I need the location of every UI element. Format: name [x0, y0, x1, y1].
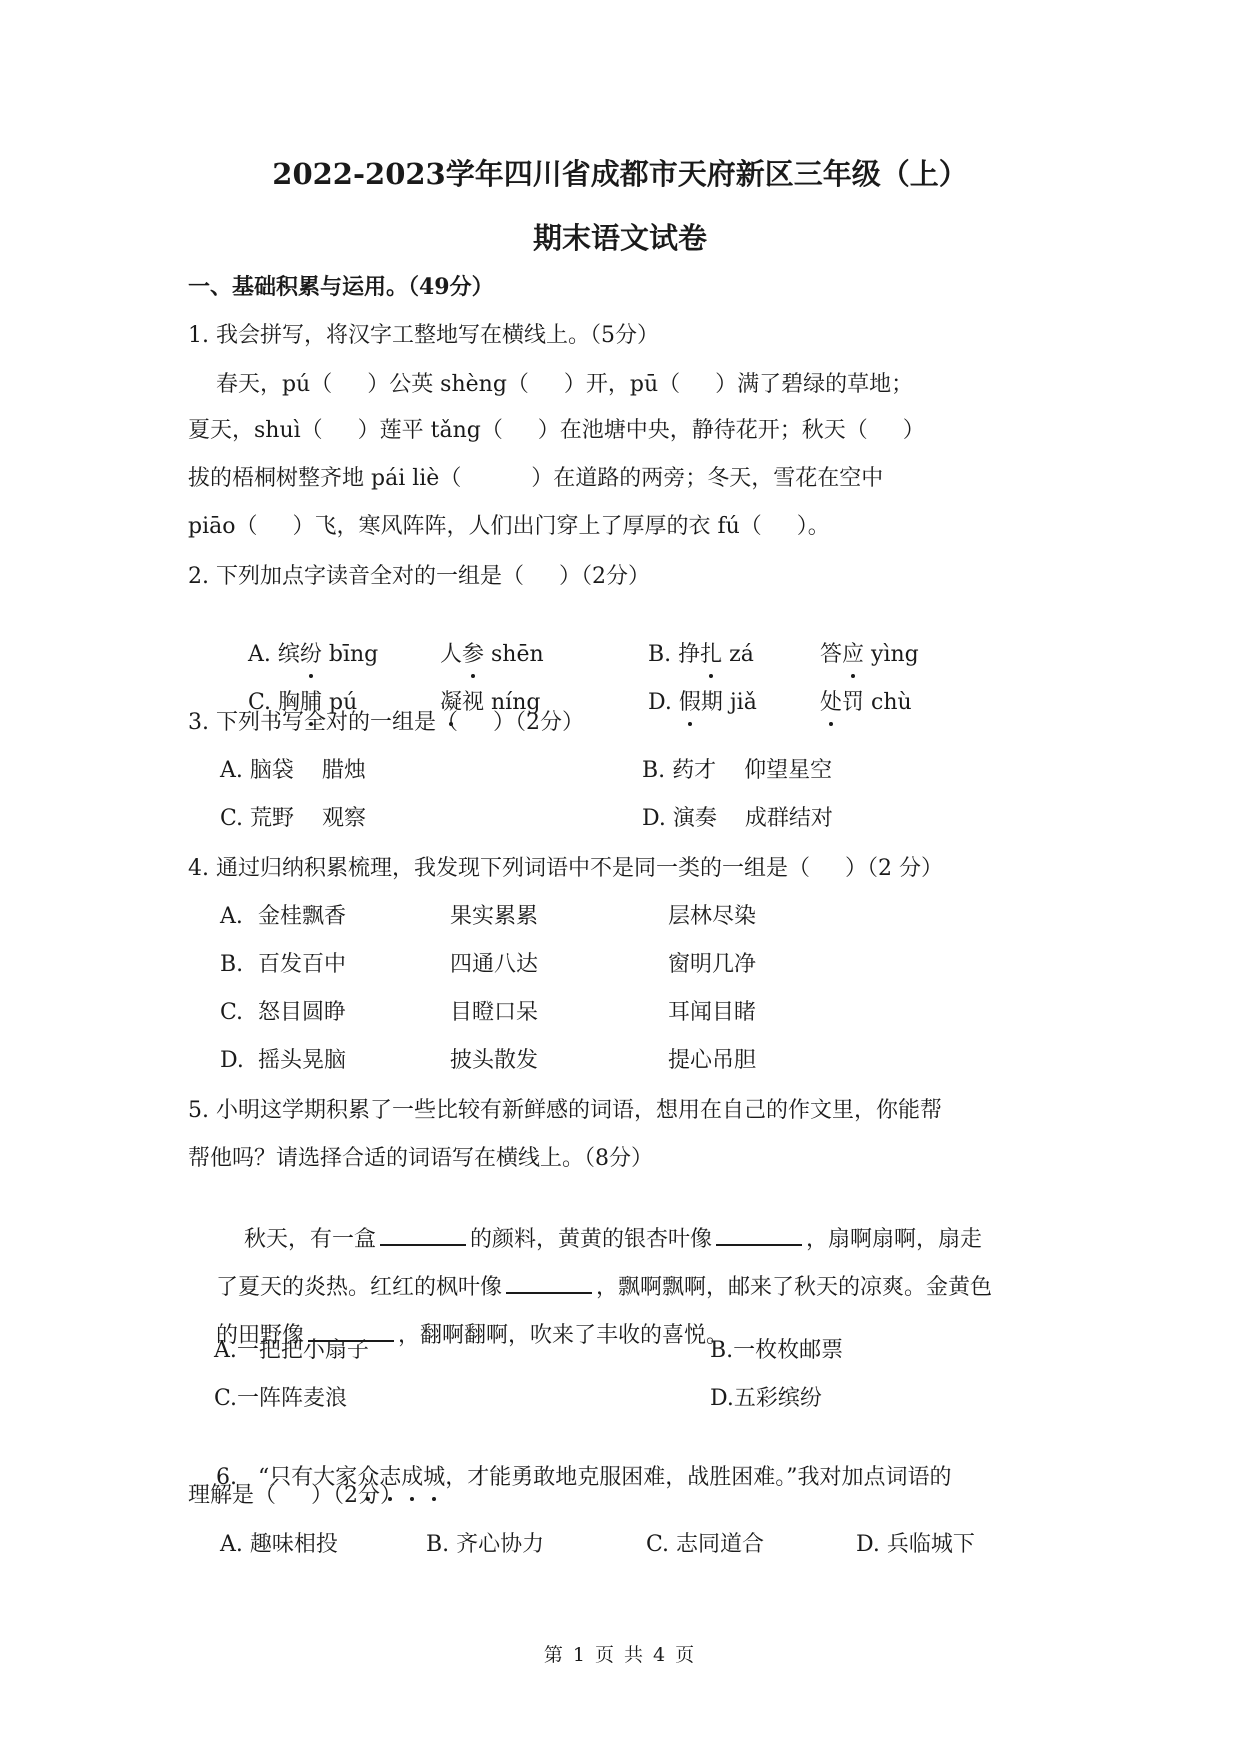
q6-option-c: C. 志同道合: [646, 1530, 764, 1560]
q4-option-b-label: B.: [220, 950, 250, 980]
q5-option-d: D.五彩缤纷: [710, 1384, 822, 1414]
q5-passage-line3: 的田野像，翻啊翻啊，吹来了丰收的喜悦。: [188, 1288, 728, 1381]
q1-stem: 1. 我会拼写，将汉字工整地写在横线上。（5分）: [188, 321, 659, 351]
q4-option-c-label: C.: [220, 998, 250, 1028]
q4-option-c-word3: 耳闻目睹: [668, 998, 756, 1028]
q5-option-b: B.一枚枚邮票: [710, 1336, 843, 1366]
q4-stem: 4. 通过归纳积累梳理，我发现下列词语中不是同一类的一组是（ ）（2 分）: [188, 854, 943, 884]
q3-option-c: C. 荒野 观察: [220, 804, 366, 834]
q4-option-c-word2: 目瞪口呆: [450, 998, 538, 1028]
q5-option-c: C.一阵阵麦浪: [214, 1384, 347, 1414]
dotted-char: 城: [423, 1463, 445, 1493]
dotted-char: 成: [401, 1463, 423, 1493]
dotted-char: 假: [679, 688, 701, 718]
q3-option-b: B. 药才 仰望星空: [642, 756, 832, 786]
q3-option-d: D. 演奏 成群结对: [642, 804, 833, 834]
q1-line-4: piāo（ ）飞，寒风阵阵，人们出门穿上了厚厚的衣 fú（ ）。: [188, 512, 830, 542]
q4-option-a-word1: 金桂飘香: [258, 902, 346, 932]
exam-title-line1: 2022-2023学年四川省成都市天府新区三年级（上）: [0, 152, 1240, 193]
q5-stem-line2: 帮他吗？请选择合适的词语写在横线上。（8分）: [188, 1144, 653, 1174]
q3-option-a: A. 脑袋 腊烛: [220, 756, 366, 786]
q4-option-c-word1: 怒目圆睁: [258, 998, 346, 1028]
q4-option-d-word3: 提心吊胆: [668, 1046, 756, 1076]
q4-option-d-label: D.: [220, 1046, 251, 1076]
q2-option-d-word2: 处罚 chù: [792, 658, 912, 748]
q4-option-d-word2: 披头散发: [450, 1046, 538, 1076]
page-number: 第 1 页 共 4 页: [0, 1640, 1240, 1667]
q4-option-a-word3: 层林尽染: [668, 902, 756, 932]
q4-option-a-word2: 果实累累: [450, 902, 538, 932]
q6-option-a: A. 趣味相投: [220, 1530, 338, 1560]
q1-line-1: 春天，pú（ ）公英 shèng（ ）开，pū（ ）满了碧绿的草地；: [188, 370, 913, 400]
dotted-char: 处: [820, 688, 842, 718]
exam-title-line2: 期末语文试卷: [0, 216, 1240, 257]
q4-option-b-word1: 百发百中: [258, 950, 346, 980]
q4-option-a-label: A.: [220, 902, 250, 932]
q4-option-b-word3: 窗明几净: [668, 950, 756, 980]
q2-option-d: D. 假期 jiǎ: [620, 658, 757, 748]
q6-option-b: B. 齐心协力: [426, 1530, 544, 1560]
q2-stem: 2. 下列加点字读音全对的一组是（ ）（2分）: [188, 562, 650, 592]
q5-stem-line1: 5. 小明这学期积累了一些比较有新鲜感的词语，想用在自己的作文里，你能帮: [188, 1096, 942, 1126]
q3-stem: 3. 下列书写全对的一组是（ ）（2分）: [188, 708, 584, 738]
q4-option-d-word1: 摇头晃脑: [258, 1046, 346, 1076]
q6-stem-line2: 理解是（ ）（2分）: [188, 1481, 402, 1511]
q1-line-3: 拔的梧桐树整齐地 pái liè（ ）在道路的两旁；冬天，雪花在空中: [188, 464, 883, 494]
exam-page: 2022-2023学年四川省成都市天府新区三年级（上） 期末语文试卷 一、基础积…: [0, 0, 1240, 1753]
q6-option-d: D. 兵临城下: [856, 1530, 975, 1560]
q5-option-a: A.一把把小扇子: [214, 1336, 369, 1366]
section-heading: 一、基础积累与运用。（49分）: [188, 272, 494, 302]
q4-option-b-word2: 四通八达: [450, 950, 538, 980]
q1-line-2: 夏天，shuì（ ）莲平 tǎng（ ）在池塘中央，静待花开；秋天（ ）: [188, 416, 925, 446]
